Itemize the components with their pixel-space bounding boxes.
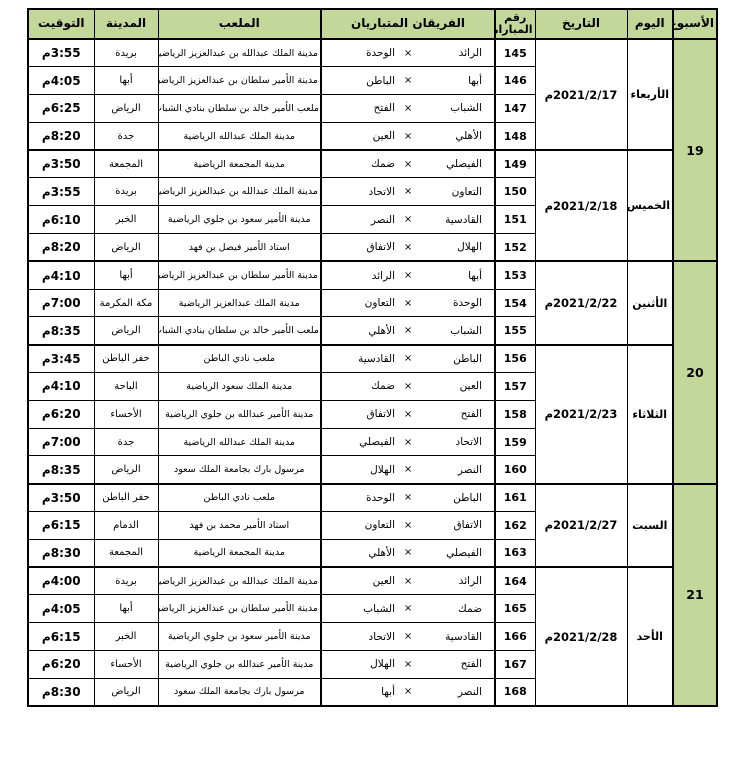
- teams-wrap: أبها×الرائد: [334, 270, 482, 282]
- team-away: التعاون: [365, 297, 395, 309]
- time-cell: 3:50م: [28, 484, 94, 512]
- team-away: الأهلي: [368, 325, 395, 337]
- match-number-cell: 163: [495, 539, 535, 567]
- match-schedule-table: الأسبوع اليوم التاريخ رقم المباراة الفري…: [27, 8, 718, 707]
- stadium-cell: ملعب نادي الباطن: [158, 345, 321, 373]
- city-cell: المجمعة: [94, 539, 158, 567]
- match-row: الخميس2021/2/18م149الفيصلي×ضمكمدينة المج…: [28, 150, 717, 178]
- vs-separator: ×: [404, 409, 412, 420]
- date-cell: 2021/2/17م: [535, 39, 627, 150]
- time-cell: 7:00م: [28, 428, 94, 456]
- team-home: الرائد: [459, 47, 482, 59]
- teams-cell: الشباب×الأهلي: [321, 317, 495, 345]
- match-number-cell: 154: [495, 289, 535, 317]
- teams-cell: التعاون×الاتحاد: [321, 178, 495, 206]
- match-number-cell: 164: [495, 567, 535, 595]
- teams-cell: أبها×الباطن: [321, 67, 495, 95]
- city-cell: حفر الباطن: [94, 345, 158, 373]
- city-cell: حفر الباطن: [94, 484, 158, 512]
- time-cell: 7:00م: [28, 289, 94, 317]
- team-home: الوحدة: [453, 297, 482, 309]
- teams-cell: الفيصلي×ضمك: [321, 150, 495, 178]
- team-away: التعاون: [365, 519, 395, 531]
- time-cell: 4:05م: [28, 67, 94, 95]
- vs-separator: ×: [404, 186, 412, 197]
- teams-wrap: أبها×الباطن: [334, 75, 482, 87]
- city-cell: المجمعة: [94, 150, 158, 178]
- week-cell: 21: [673, 484, 717, 706]
- stadium-cell: مدينة الملك سعود الرياضية: [158, 373, 321, 401]
- city-cell: بريدة: [94, 178, 158, 206]
- stadium-cell: مدينة الأمير عبدالله بن جلوي الرياضية: [158, 651, 321, 679]
- team-home: أبها: [468, 75, 482, 87]
- time-cell: 6:15م: [28, 512, 94, 540]
- table-body: 19الأربعاء2021/2/17م145الرائد×الوحدةمدين…: [28, 39, 717, 706]
- time-cell: 3:55م: [28, 178, 94, 206]
- team-home: الباطن: [453, 492, 482, 504]
- city-cell: الأحساء: [94, 651, 158, 679]
- city-cell: الباحة: [94, 373, 158, 401]
- city-cell: أبها: [94, 595, 158, 623]
- match-number-cell: 152: [495, 234, 535, 262]
- team-away: الرائد: [372, 270, 395, 282]
- time-cell: 4:10م: [28, 261, 94, 289]
- teams-wrap: الشباب×الأهلي: [334, 325, 482, 337]
- time-cell: 8:30م: [28, 539, 94, 567]
- city-cell: الرياض: [94, 234, 158, 262]
- time-cell: 6:20م: [28, 651, 94, 679]
- teams-cell: النصر×الهلال: [321, 456, 495, 484]
- vs-separator: ×: [404, 242, 412, 253]
- team-away: الفيصلي: [359, 436, 395, 448]
- time-cell: 6:25م: [28, 95, 94, 123]
- teams-cell: الفتح×الاتفاق: [321, 400, 495, 428]
- vs-separator: ×: [404, 520, 412, 531]
- team-away: الهلال: [370, 658, 395, 670]
- team-home: التعاون: [452, 186, 482, 198]
- time-cell: 4:10م: [28, 373, 94, 401]
- city-cell: الرياض: [94, 317, 158, 345]
- match-row: 20الأثنين2021/2/22م153أبها×الرائدمدينة ا…: [28, 261, 717, 289]
- time-cell: 4:05م: [28, 595, 94, 623]
- team-home: الفيصلي: [446, 547, 482, 559]
- city-cell: الرياض: [94, 678, 158, 706]
- week-cell: 19: [673, 39, 717, 261]
- teams-cell: الفتح×الهلال: [321, 651, 495, 679]
- teams-wrap: الباطن×الوحدة: [334, 492, 482, 504]
- team-home: الاتحاد: [456, 436, 482, 448]
- team-away: الوحدة: [366, 492, 395, 504]
- team-away: ضمك: [371, 380, 395, 392]
- match-number-cell: 158: [495, 400, 535, 428]
- teams-cell: القادسية×النصر: [321, 206, 495, 234]
- team-home: النصر: [458, 464, 482, 476]
- teams-wrap: النصر×الهلال: [334, 464, 482, 476]
- vs-separator: ×: [404, 298, 412, 309]
- team-home: العين: [460, 380, 482, 392]
- teams-wrap: الهلال×الاتفاق: [334, 241, 482, 253]
- vs-separator: ×: [404, 659, 412, 670]
- page: { "header": { "week": "الأسبوع", "day": …: [0, 0, 732, 762]
- city-cell: الخبر: [94, 206, 158, 234]
- teams-cell: النصر×أبها: [321, 678, 495, 706]
- teams-cell: الرائد×الوحدة: [321, 39, 495, 67]
- city-cell: بريدة: [94, 567, 158, 595]
- team-away: الاتفاق: [367, 241, 396, 253]
- vs-separator: ×: [404, 464, 412, 475]
- match-row: الثلاثاء2021/2/23م156الباطن×القادسيةملعب…: [28, 345, 717, 373]
- city-cell: الخبر: [94, 623, 158, 651]
- teams-wrap: الفتح×الاتفاق: [334, 408, 482, 420]
- teams-cell: الشباب×الفتح: [321, 95, 495, 123]
- time-cell: 4:00م: [28, 567, 94, 595]
- date-cell: 2021/2/23م: [535, 345, 627, 484]
- stadium-cell: مدينة الملك عبدالله الرياضية: [158, 428, 321, 456]
- teams-wrap: الأهلي×العين: [334, 130, 482, 142]
- teams-wrap: التعاون×الاتحاد: [334, 186, 482, 198]
- vs-separator: ×: [404, 686, 412, 697]
- teams-wrap: القادسية×الاتحاد: [334, 631, 482, 643]
- teams-cell: الأهلي×العين: [321, 122, 495, 150]
- day-cell: الأثنين: [627, 261, 673, 344]
- time-cell: 8:35م: [28, 317, 94, 345]
- teams-wrap: القادسية×النصر: [334, 214, 482, 226]
- stadium-cell: مدينة الأمير سلطان بن عبدالعزيز الرياضية: [158, 67, 321, 95]
- team-away: الاتحاد: [369, 186, 395, 198]
- day-cell: الأربعاء: [627, 39, 673, 150]
- team-home: الهلال: [457, 241, 482, 253]
- vs-separator: ×: [404, 603, 412, 614]
- teams-cell: الوحدة×التعاون: [321, 289, 495, 317]
- stadium-cell: مرسول بارك بجامعة الملك سعود: [158, 456, 321, 484]
- team-away: الأهلي: [368, 547, 395, 559]
- day-cell: الخميس: [627, 150, 673, 261]
- city-cell: الرياض: [94, 95, 158, 123]
- teams-wrap: الاتفاق×التعاون: [334, 519, 482, 531]
- time-cell: 8:20م: [28, 122, 94, 150]
- stadium-cell: مدينة الملك عبدالله بن عبدالعزيز الرياضي…: [158, 178, 321, 206]
- stadium-cell: مدينة الملك عبدالله الرياضية: [158, 122, 321, 150]
- match-number-cell: 146: [495, 67, 535, 95]
- team-home: أبها: [468, 270, 482, 282]
- header-teams: الفريقان المتباريان: [321, 9, 495, 39]
- date-cell: 2021/2/18م: [535, 150, 627, 261]
- team-away: الباطن: [366, 75, 395, 87]
- team-away: الوحدة: [366, 47, 395, 59]
- match-number-cell: 159: [495, 428, 535, 456]
- team-away: الهلال: [370, 464, 395, 476]
- day-cell: الثلاثاء: [627, 345, 673, 484]
- team-away: النصر: [371, 214, 395, 226]
- teams-wrap: الشباب×الفتح: [334, 102, 482, 114]
- team-away: الاتفاق: [367, 408, 396, 420]
- city-cell: الدمام: [94, 512, 158, 540]
- team-away: أبها: [381, 686, 395, 698]
- stadium-cell: مدينة الأمير سعود بن جلوي الرياضية: [158, 206, 321, 234]
- stadium-cell: مدينة المجمعة الرياضية: [158, 150, 321, 178]
- match-number-cell: 160: [495, 456, 535, 484]
- team-away: ضمك: [371, 158, 395, 170]
- team-away: الشباب: [363, 603, 395, 615]
- city-cell: بريدة: [94, 39, 158, 67]
- team-home: القادسية: [445, 631, 482, 643]
- vs-separator: ×: [404, 325, 412, 336]
- teams-wrap: الوحدة×التعاون: [334, 297, 482, 309]
- stadium-cell: مدينة الملك عبدالله بن عبدالعزيز الرياضي…: [158, 567, 321, 595]
- match-number-cell: 156: [495, 345, 535, 373]
- vs-separator: ×: [404, 437, 412, 448]
- time-cell: 8:20م: [28, 234, 94, 262]
- teams-wrap: الفيصلي×الأهلي: [334, 547, 482, 559]
- vs-separator: ×: [404, 131, 412, 142]
- match-number-cell: 147: [495, 95, 535, 123]
- header-date: التاريخ: [535, 9, 627, 39]
- teams-cell: الاتفاق×التعاون: [321, 512, 495, 540]
- city-cell: أبها: [94, 67, 158, 95]
- stadium-cell: ملعب نادي الباطن: [158, 484, 321, 512]
- stadium-cell: ملعب الأمير خالد بن سلطان بنادي الشباب: [158, 317, 321, 345]
- team-home: الفتح: [461, 408, 482, 420]
- stadium-cell: ملعب الأمير خالد بن سلطان بنادي الشباب: [158, 95, 321, 123]
- teams-wrap: الرائد×العين: [334, 575, 482, 587]
- team-home: الشباب: [450, 102, 482, 114]
- city-cell: أبها: [94, 261, 158, 289]
- city-cell: الرياض: [94, 456, 158, 484]
- team-away: القادسية: [358, 353, 395, 365]
- vs-separator: ×: [404, 631, 412, 642]
- stadium-cell: مدينة الأمير سعود بن جلوي الرياضية: [158, 623, 321, 651]
- vs-separator: ×: [404, 576, 412, 587]
- match-number-cell: 153: [495, 261, 535, 289]
- time-cell: 6:20م: [28, 400, 94, 428]
- time-cell: 8:35م: [28, 456, 94, 484]
- team-away: الفتح: [374, 102, 395, 114]
- time-cell: 8:30م: [28, 678, 94, 706]
- vs-separator: ×: [404, 48, 412, 59]
- team-home: الباطن: [453, 353, 482, 365]
- stadium-cell: مدينة الأمير سلطان بن عبدالعزيز الرياضية: [158, 261, 321, 289]
- week-cell: 20: [673, 261, 717, 483]
- team-home: الاتفاق: [454, 519, 483, 531]
- match-number-cell: 145: [495, 39, 535, 67]
- team-away: الاتحاد: [369, 631, 395, 643]
- teams-cell: ضمك×الشباب: [321, 595, 495, 623]
- match-number-cell: 166: [495, 623, 535, 651]
- city-cell: جدة: [94, 428, 158, 456]
- day-cell: السبت: [627, 484, 673, 567]
- teams-wrap: الاتحاد×الفيصلي: [334, 436, 482, 448]
- teams-cell: الاتحاد×الفيصلي: [321, 428, 495, 456]
- teams-cell: الباطن×القادسية: [321, 345, 495, 373]
- stadium-cell: مدينة المجمعة الرياضية: [158, 539, 321, 567]
- team-home: القادسية: [445, 214, 482, 226]
- header-time: التوقيت: [28, 9, 94, 39]
- time-cell: 3:55م: [28, 39, 94, 67]
- stadium-cell: مدينة الأمير سلطان بن عبدالعزيز الرياضية: [158, 595, 321, 623]
- stadium-cell: مرسول بارك بجامعة الملك سعود: [158, 678, 321, 706]
- teams-cell: أبها×الرائد: [321, 261, 495, 289]
- match-row: 21السبت2021/2/27م161الباطن×الوحدةملعب نا…: [28, 484, 717, 512]
- team-home: الشباب: [450, 325, 482, 337]
- header-stadium: الملعب: [158, 9, 321, 39]
- match-number-cell: 150: [495, 178, 535, 206]
- teams-wrap: ضمك×الشباب: [334, 603, 482, 615]
- match-row: 19الأربعاء2021/2/17م145الرائد×الوحدةمدين…: [28, 39, 717, 67]
- team-away: العين: [373, 130, 395, 142]
- vs-separator: ×: [404, 492, 412, 503]
- team-home: الرائد: [459, 575, 482, 587]
- day-cell: الأحد: [627, 567, 673, 706]
- header-city: المدينة: [94, 9, 158, 39]
- match-number-cell: 168: [495, 678, 535, 706]
- date-cell: 2021/2/28م: [535, 567, 627, 706]
- header-match-number: رقم المباراة: [495, 9, 535, 39]
- teams-cell: الهلال×الاتفاق: [321, 234, 495, 262]
- header-day: اليوم: [627, 9, 673, 39]
- teams-wrap: الرائد×الوحدة: [334, 47, 482, 59]
- team-home: الفتح: [461, 658, 482, 670]
- vs-separator: ×: [404, 353, 412, 364]
- time-cell: 3:50م: [28, 150, 94, 178]
- teams-wrap: الباطن×القادسية: [334, 353, 482, 365]
- time-cell: 6:15م: [28, 623, 94, 651]
- team-home: النصر: [458, 686, 482, 698]
- date-cell: 2021/2/27م: [535, 484, 627, 567]
- teams-cell: العين×ضمك: [321, 373, 495, 401]
- vs-separator: ×: [404, 214, 412, 225]
- team-home: الأهلي: [455, 130, 482, 142]
- stadium-cell: استاد الأمير محمد بن فهد: [158, 512, 321, 540]
- match-row: الأحد2021/2/28م164الرائد×العينمدينة المل…: [28, 567, 717, 595]
- vs-separator: ×: [404, 547, 412, 558]
- vs-separator: ×: [404, 75, 412, 86]
- vs-separator: ×: [404, 381, 412, 392]
- team-home: الفيصلي: [446, 158, 482, 170]
- stadium-cell: استاد الأمير فيصل بن فهد: [158, 234, 321, 262]
- city-cell: مكة المكرمة: [94, 289, 158, 317]
- teams-cell: القادسية×الاتحاد: [321, 623, 495, 651]
- team-home: ضمك: [458, 603, 482, 615]
- teams-wrap: العين×ضمك: [334, 380, 482, 392]
- city-cell: الأحساء: [94, 400, 158, 428]
- stadium-cell: مدينة الملك عبدالله بن عبدالعزيز الرياضي…: [158, 39, 321, 67]
- match-number-cell: 165: [495, 595, 535, 623]
- match-number-cell: 161: [495, 484, 535, 512]
- vs-separator: ×: [404, 270, 412, 281]
- teams-cell: الفيصلي×الأهلي: [321, 539, 495, 567]
- date-cell: 2021/2/22م: [535, 261, 627, 344]
- match-number-cell: 167: [495, 651, 535, 679]
- teams-wrap: الفيصلي×ضمك: [334, 158, 482, 170]
- time-cell: 6:10م: [28, 206, 94, 234]
- match-number-cell: 151: [495, 206, 535, 234]
- teams-wrap: النصر×أبها: [334, 686, 482, 698]
- teams-cell: الباطن×الوحدة: [321, 484, 495, 512]
- match-number-cell: 149: [495, 150, 535, 178]
- match-number-cell: 157: [495, 373, 535, 401]
- stadium-cell: مدينة الأمير عبدالله بن جلوي الرياضية: [158, 400, 321, 428]
- match-number-cell: 148: [495, 122, 535, 150]
- time-cell: 3:45م: [28, 345, 94, 373]
- vs-separator: ×: [404, 159, 412, 170]
- match-number-cell: 155: [495, 317, 535, 345]
- header-week: الأسبوع: [673, 9, 717, 39]
- teams-wrap: الفتح×الهلال: [334, 658, 482, 670]
- city-cell: جدة: [94, 122, 158, 150]
- vs-separator: ×: [404, 103, 412, 114]
- match-number-cell: 162: [495, 512, 535, 540]
- table-header: الأسبوع اليوم التاريخ رقم المباراة الفري…: [28, 9, 717, 39]
- teams-cell: الرائد×العين: [321, 567, 495, 595]
- stadium-cell: مدينة الملك عبدالعزيز الرياضية: [158, 289, 321, 317]
- team-away: العين: [373, 575, 395, 587]
